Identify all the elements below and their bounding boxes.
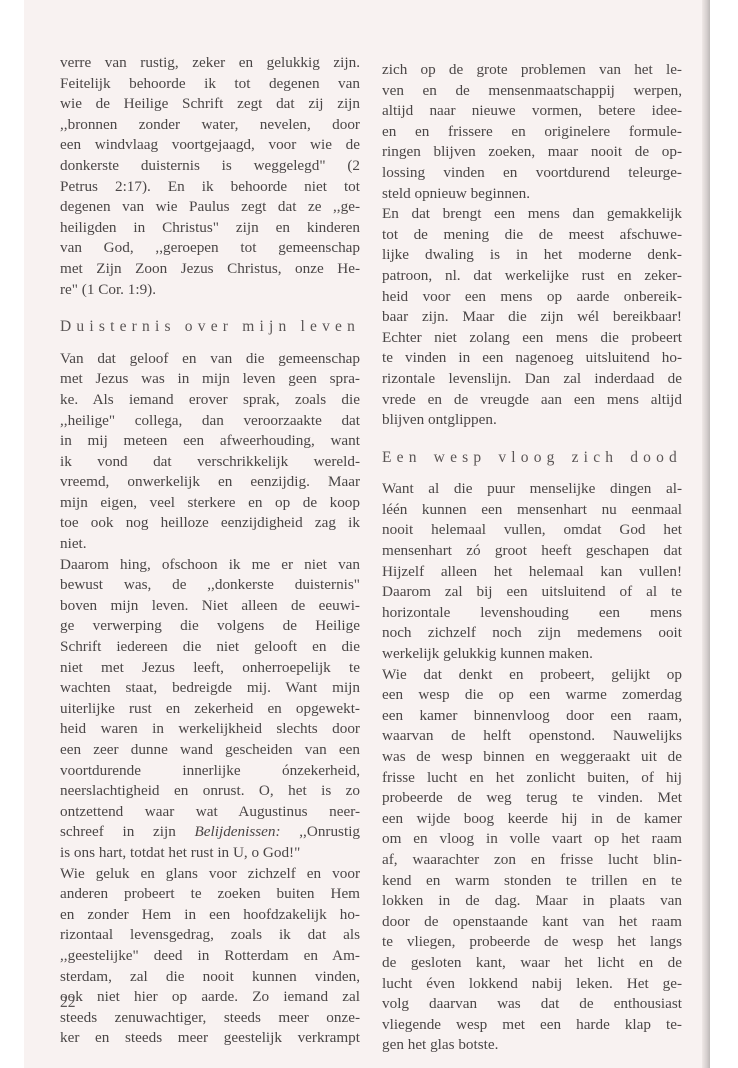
text-line: met Zijn Zoon Jezus Christus, onze He- [60,259,360,280]
text-line: Echter niet zolang een mens die probeert [382,328,682,349]
text-line: Wie geluk en glans voor zichzelf en voor [60,864,360,885]
text-line: verre van rustig, zeker en gelukkig zijn… [60,53,360,74]
right-column: zich op de grote problemen van het le- v… [382,60,682,1056]
text-line: en zonder Hem in een hoofdzakelijk ho- [60,905,360,926]
paragraph: Van dat geloof en van die gemeenschap me… [60,349,360,555]
text-line: ker en steeds meer geestelijk verkrampt [60,1028,360,1049]
text-line: volg daarvan was dat de enthousiast [382,994,682,1015]
paragraph: Want al die puur menselijke dingen al- l… [382,479,682,664]
paragraph: Wie geluk en glans voor zichzelf en voor… [60,864,360,1049]
text-line: Van dat geloof en van die gemeenschap [60,349,360,370]
text-line: tot de mening die de meest afschuwe- [382,225,682,246]
text-line: van God, ,,geroepen tot gemeenschap [60,238,360,259]
text-line: ,,heilige" collega, dan veroorzaakte dat [60,411,360,432]
text-line: ontzettend waar wat Augustinus neer- [60,802,360,823]
text-line: gen het glas botste. [382,1035,682,1056]
text-line: ven en de mensenmaatschappij werpen, [382,81,682,102]
text-line: heid waren in werkelijkheid slechts door [60,719,360,740]
text-line: ik vond dat verschrikkelijk wereld- [60,452,360,473]
text-line: af, waarachter zon en frisse lucht blin- [382,850,682,871]
text-line: niet met Jezus leeft, onherroepelijk te [60,658,360,679]
text-line: vreemd, onwerkelijk en eenzijdig. Maar [60,472,360,493]
text-line: uiterlijke rust en zekerheid en opgewekt… [60,699,360,720]
text-line: anderen probeert te zoeken buiten Hem [60,884,360,905]
text-line: Daarom hing, ofschoon ik me er niet van [60,555,360,576]
text-line: noch zichzelf noch zijn medemens ooit [382,623,682,644]
text-line: blijven ontglippen. [382,410,682,431]
text-line: ook niet hier op aarde. Zo iemand zal [60,987,360,1008]
text-line: ringen blijven zoeken, maar nooit de op- [382,142,682,163]
text-line: ,,geestelijke" deed in Rotterdam en Am- [60,946,360,967]
text-line: de gesloten kant, waar het licht en de [382,953,682,974]
text-line: bewust was, de ,,donkerste duisternis" [60,575,360,596]
paragraph: verre van rustig, zeker en gelukkig zijn… [60,53,360,300]
text-line: een windvlaag voortgejaagd, voor wie de [60,135,360,156]
text-line: heid voor een mens op aarde onbereik- [382,287,682,308]
text-line: voortdurende innerlijke ónzekerheid, [60,761,360,782]
text-line: En dat brengt een mens dan gemakkelijk [382,204,682,225]
text-line: was de wesp binnen en weggeraakt uit de [382,747,682,768]
text-line: mijn eigen, veel sterkere en op de koop [60,493,360,514]
text-line: Hijzelf alleen het helemaal kan vullen! [382,562,682,583]
text-line: léén kunnen een mensenhart nu eenmaal [382,500,682,521]
text-line: en en frissere en originelere formule- [382,122,682,143]
text-line: patroon, nl. dat werkelijke rust en zeke… [382,266,682,287]
text-line: kend en warm stonden te trillen en te [382,871,682,892]
text-line: Feitelijk behoorde ik tot degenen van [60,74,360,95]
text-line: re" (1 Cor. 1:9). [60,280,360,301]
paragraph: Wie dat denkt en probeert, gelijkt op ee… [382,665,682,1056]
text-line: lokken in de dag. Maar in plaats van [382,891,682,912]
text-line: altijd naar nieuwe vormen, betere idee- [382,101,682,122]
text-line: degenen van wie Paulus zegt dat ze ,,ge- [60,197,360,218]
text-line: te vliegen, probeerde de wesp het langs [382,932,682,953]
text-line: steld opnieuw beginnen. [382,184,682,205]
text-line: is ons hart, totdat het rust in U, o God… [60,843,360,864]
text-line: ge verwerping die volgens de Heilige [60,616,360,637]
paragraph: Daarom hing, ofschoon ik me er niet van … [60,555,360,864]
paragraph: zich op de grote problemen van het le- v… [382,60,682,204]
page-number: 22 [60,994,76,1012]
book-title: Belijdenissen: [195,823,281,840]
text-line: een zeer dunne wand gescheiden van een [60,740,360,761]
text-line: horizontale levenshouding een mens [382,603,682,624]
text-line: lucht éven lokkend nabij leken. Het ge- [382,974,682,995]
text-line: nooit helemaal vullen, omdat God het [382,520,682,541]
text-line: ,,bronnen zonder water, nevelen, door [60,115,360,136]
text-line: een kamer binnenvloog door een raam, [382,706,682,727]
text-line: steeds zenuwachtiger, steeds meer onze- [60,1008,360,1029]
paragraph: En dat brengt een mens dan gemakkelijk t… [382,204,682,431]
text-line: lossing vinden en voortdurend teleurge- [382,163,682,184]
text-line: door de openstaande kant van het raam [382,912,682,933]
text-line: Want al die puur menselijke dingen al- [382,479,682,500]
text-line: Wie dat denkt en probeert, gelijkt op [382,665,682,686]
text-line: vrede en de vreugde aan een mens altijd [382,390,682,411]
text-line: Daarom zal bij een uitsluitend of al te [382,582,682,603]
text-line: met Jezus was in mijn leven geen spra- [60,369,360,390]
left-column: verre van rustig, zeker en gelukkig zijn… [60,53,360,1049]
text-run: ,,Onrustig [281,823,360,840]
text-line: te vinden in een nagenoeg uitsluitend ho… [382,348,682,369]
text-line: donkerste duisternis is weggelegd" (2 [60,156,360,177]
section-heading: Duisternis over mijn leven [60,317,360,338]
text-line: wie de Heilige Schrift zegt dat zij zijn [60,94,360,115]
text-line: een wijde boog keerde hij in de kamer [382,809,682,830]
text-line: lijke dwaling is in het moderne denk- [382,245,682,266]
text-line: boven mijn leven. Niet alleen de eeuwi- [60,596,360,617]
text-line-with-title: schreef in zijn Belijdenissen: ,,Onrusti… [60,822,360,843]
text-line: ke. Als iemand erover sprak, zoals die [60,390,360,411]
text-line: werkelijk gelukkig kunnen maken. [382,644,682,665]
text-line: heiligden in Christus" zijn en kinderen [60,218,360,239]
scan-margin [710,0,738,1068]
text-line: rizontale levenslijn. Dan zal inderdaad … [382,369,682,390]
page-edge-shadow [702,0,710,1068]
text-line: wachten staat, bedreigde mij. Want mijn [60,678,360,699]
section-heading: Een wesp vloog zich dood [382,448,682,469]
text-line: baar zijn. Maar die zijn wél bereikbaar! [382,307,682,328]
text-line: zich op de grote problemen van het le- [382,60,682,81]
text-line: frisse lucht en het zonlicht buiten, of … [382,768,682,789]
text-line: vliegende wesp met een harde klap te- [382,1015,682,1036]
text-line: rizontaal levensgedrag, zoals ik dat als [60,925,360,946]
text-line: Schrift iedereen die niet gelooft en die [60,637,360,658]
text-line: toe ook nog heilloze eenzijdigheid zag i… [60,513,360,534]
text-line: in mij meteen een afweerhouding, want [60,431,360,452]
text-line: sterdam, zal die nooit kunnen vinden, [60,967,360,988]
text-line: niet. [60,534,360,555]
text-line: probeerde de weg terug te vinden. Met [382,788,682,809]
text-line: een wesp die op een warme zomerdag [382,685,682,706]
text-line: Petrus 2:17). En ik behoorde niet tot [60,177,360,198]
text-line: neerslachtigheid en onrust. O, het is zo [60,781,360,802]
text-line: om en vloog in volle vaart op het raam [382,829,682,850]
text-run: schreef in zijn [60,823,195,840]
text-line: mensenhart zó groot heeft geschapen dat [382,541,682,562]
text-line: waarvan de helft openstond. Nauwelijks [382,726,682,747]
